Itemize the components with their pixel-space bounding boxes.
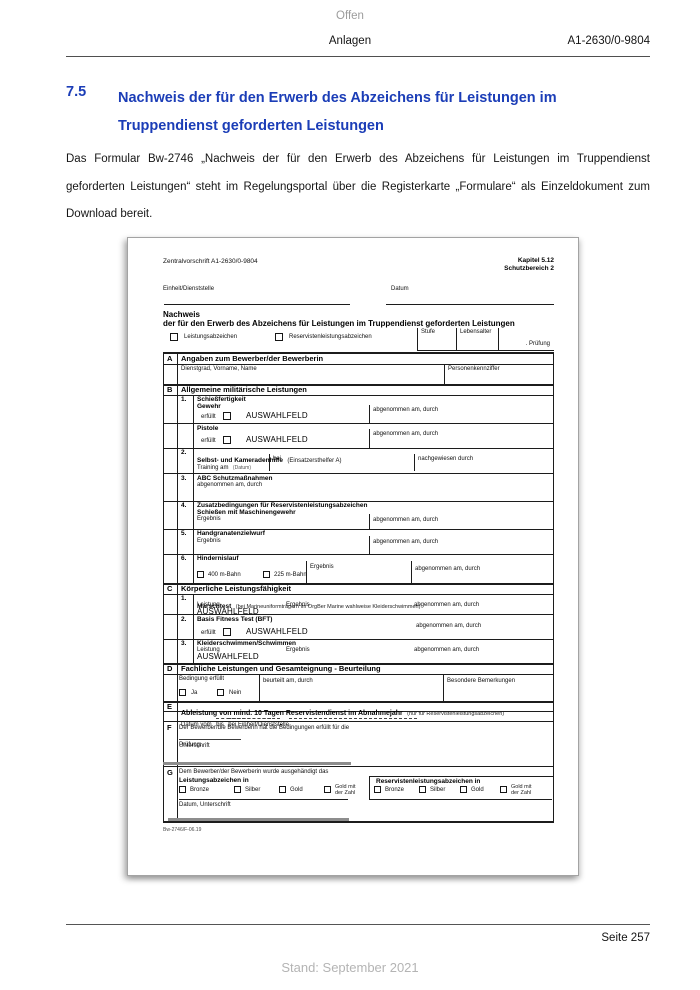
stufe-label: Stufe	[421, 329, 435, 335]
checkbox-res-gold	[460, 786, 467, 793]
row-b6-title: Hindernislauf	[197, 555, 239, 562]
f-text: Der Bewerber/die Bewerberin hat die Bedi…	[179, 725, 349, 731]
section-title-line2: Truppendienst geforderten Leistungen	[118, 118, 384, 134]
row-c2-number: 2.	[181, 616, 186, 623]
row-b3-title: ABC Schutzmaßnahmen	[197, 475, 272, 482]
beurteilt-label: beurteilt am, durch	[263, 678, 313, 684]
ergebnis-label: Ergebnis	[197, 538, 221, 544]
datum-label: Datum	[391, 286, 409, 292]
row-b1-title: Schießfertigkeit	[197, 396, 246, 403]
section-d-letter: D	[167, 664, 172, 673]
cell-divider	[369, 429, 370, 448]
erfuellt-label: erfüllt	[201, 630, 216, 636]
checkbox-erfuellt-gewehr	[223, 412, 231, 420]
checkbox-erfuellt-bft	[223, 628, 231, 636]
res-silber-label: Silber	[430, 787, 445, 793]
form-kapitel: Kapitel 5.12	[404, 257, 554, 264]
table-border-bottom	[163, 821, 554, 823]
erfuellt-label: erfüllt	[201, 438, 216, 444]
checkbox-leistungsabzeichen-label: Leistungsabzeichen	[184, 334, 237, 340]
form-schutzbereich: Schutzbereich 2	[404, 265, 554, 272]
auswahlfeld-bft: AUSWAHLFELD	[246, 627, 308, 636]
nachgewiesen-label: nachgewiesen durch	[418, 456, 473, 462]
cell-divider	[369, 536, 370, 554]
einheit-label: Einheit/Dienststelle	[163, 286, 214, 292]
number-column-line	[193, 594, 194, 663]
g-left-title: Leistungsabzeichen in	[179, 777, 249, 784]
ja-label: Ja	[191, 690, 197, 696]
section-f-letter: F	[167, 723, 172, 732]
section-title: Nachweis der für den Erwerb des Abzeiche…	[118, 84, 598, 140]
row-b4-title: Zusatzbedingungen für Reservistenleistun…	[197, 502, 367, 509]
stufe-box-line	[456, 328, 457, 351]
checkbox-erfuellt-pistole	[223, 436, 231, 444]
checkbox-reservistenleistungsabzeichen-label: Reservistenleistungsabzeichen	[289, 334, 372, 340]
document-page: Offen Anlagen A1-2630/0-9804 7.5 Nachwei…	[0, 0, 700, 990]
bemerkungen-label: Besondere Bemerkungen	[447, 678, 515, 684]
silber-label: Silber	[245, 787, 260, 793]
abgenommen-label: abgenommen am, durch	[197, 482, 262, 488]
abgenommen-label: abgenommen am, durch	[373, 407, 438, 413]
form-number-footnote: Bw-2746/F-06.19	[163, 827, 201, 833]
row-b1-number: 1.	[181, 396, 186, 403]
g-right-box-line	[369, 776, 370, 799]
cell-divider	[443, 674, 444, 701]
ergebnis-label: Ergebnis	[286, 602, 310, 608]
res-bronze-label: Bronze	[385, 787, 404, 793]
footer-rule	[66, 924, 650, 925]
row-c3-title: Kleiderschwimmen/Schwimmen	[197, 640, 296, 647]
form-title-1: Nachweis	[163, 310, 200, 319]
row-b5-title: Handgranatenzielwurf	[197, 530, 265, 537]
row-c2-title: Basis Fitness Test (BFT)	[197, 616, 272, 623]
ergebnis-label: Ergebnis	[286, 647, 310, 653]
row-b1-pistole: Pistole	[197, 425, 218, 432]
training-am-label: Training am (Datum)	[197, 456, 251, 474]
bronze-label: Bronze	[190, 787, 209, 793]
section-d-title: Fachliche Leistungen und Gesamteignung -…	[181, 664, 381, 673]
label-225m-bahn: 225 m-Bahn	[274, 572, 307, 578]
field-dienstgrad: Dienstgrad, Vorname, Name	[181, 366, 257, 372]
row-b3-number: 3.	[181, 475, 186, 482]
table-line	[163, 674, 554, 675]
g-inner-line	[179, 799, 348, 800]
row-c1-number: 1.	[181, 595, 186, 602]
scan-artifact-bar	[163, 762, 351, 765]
cell-divider	[259, 674, 260, 701]
cell-divider	[444, 364, 445, 384]
letter-column-line	[177, 354, 178, 821]
header-rule	[66, 56, 650, 57]
section-number: 7.5	[66, 84, 86, 100]
ergebnis-label: Ergebnis	[197, 516, 221, 522]
datum-line	[386, 304, 554, 305]
number-column-line	[193, 395, 194, 583]
stufe-box-line	[498, 328, 499, 351]
stand-date: Stand: September 2021	[0, 960, 700, 975]
checkbox-silber	[234, 786, 241, 793]
classification-marking: Offen	[0, 10, 700, 22]
row-b5-number: 5.	[181, 530, 186, 537]
checkbox-leistungsabzeichen	[170, 333, 178, 341]
section-b-letter: B	[167, 385, 172, 394]
section-title-line1: Nachweis der für den Erwerb des Abzeiche…	[118, 90, 557, 106]
section-a-title: Angaben zum Bewerber/der Bewerberin	[181, 354, 323, 363]
cell-divider	[411, 561, 412, 583]
pruefung-label: . Prüfung	[502, 341, 550, 347]
res-gold-zahl-label: Gold mit der Zahl	[511, 784, 538, 797]
res-gold-label: Gold	[471, 787, 484, 793]
unterschrift-label: Unterschrift	[179, 743, 210, 749]
row-b4-subtitle: Schießen mit Maschinengewehr	[197, 509, 296, 516]
einheit-blank	[289, 713, 417, 719]
abgenommen-label: abgenommen am, durch	[416, 623, 481, 629]
abgenommen-label: abgenommen am, durch	[415, 566, 480, 572]
abgenommen-label: abgenommen am, durch	[414, 602, 479, 608]
auswahlfeld-schwimmen: AUSWAHLFELD	[197, 652, 259, 661]
cell-divider	[369, 514, 370, 529]
gold-label: Gold	[290, 787, 303, 793]
table-line	[163, 364, 554, 365]
section-c-letter: C	[167, 584, 172, 593]
erfuellt-label: erfüllt	[201, 414, 216, 420]
einheit-line	[164, 304, 350, 305]
cell-divider	[414, 454, 415, 471]
body-paragraph: Das Formular Bw-2746 „Nachweis der für d…	[66, 146, 650, 229]
cell-divider	[369, 405, 370, 423]
auswahlfeld-pistole: AUSWAHLFELD	[246, 435, 308, 444]
section-g-letter: G	[167, 768, 173, 777]
checkbox-400m-bahn	[197, 571, 204, 578]
bei-label: bei	[273, 456, 281, 462]
checkbox-res-silber	[419, 786, 426, 793]
checkbox-nein	[217, 689, 224, 696]
page-number: Seite 257	[0, 932, 650, 944]
section-a-letter: A	[167, 354, 172, 363]
abgenommen-label: abgenommen am, durch	[414, 647, 479, 653]
table-line	[163, 766, 554, 767]
form-vorschrift: Zentralvorschrift A1-2630/0-9804	[163, 258, 258, 265]
label-400m-bahn: 400 m-Bahn	[208, 572, 241, 578]
bedingung-erfuellt-label: Bedingung erfüllt	[179, 676, 224, 682]
row-b6-number: 6.	[181, 555, 186, 562]
row-c3-number: 3.	[181, 640, 186, 647]
datum-unterschrift-label: Datum, Unterschrift	[179, 802, 231, 808]
gold-zahl-label: Gold mit der Zahl	[335, 784, 362, 797]
auswahlfeld-gewehr: AUSWAHLFELD	[246, 411, 308, 420]
table-line	[163, 423, 554, 424]
checkbox-gold-zahl	[324, 786, 331, 793]
checkbox-bronze	[179, 786, 186, 793]
checkbox-res-gold-zahl	[500, 786, 507, 793]
lebensalter-label: Lebensalter	[460, 329, 491, 335]
g-right-box-line	[369, 776, 553, 777]
auswahlfeld-marschtest: AUSWAHLFELD	[197, 607, 259, 616]
nein-label: Nein	[229, 690, 241, 696]
ergebnis-label: Ergebnis	[310, 564, 334, 570]
checkbox-225m-bahn	[263, 571, 270, 578]
section-c-title: Körperliche Leistungsfähigkeit	[181, 584, 291, 593]
date-to-blank	[228, 713, 280, 719]
checkbox-reservistenleistungsabzeichen	[275, 333, 283, 341]
checkbox-gold	[279, 786, 286, 793]
pruefung-blank	[179, 733, 241, 740]
g-inner-line	[369, 799, 552, 800]
scan-artifact-bar	[168, 818, 349, 821]
field-personenkennziffer: Personenkennziffer	[448, 366, 500, 372]
row-b2-number: 2.	[181, 449, 186, 456]
abgenommen-label: abgenommen am, durch	[373, 517, 438, 523]
checkbox-ja	[179, 689, 186, 696]
abgenommen-label: abgenommen am, durch	[373, 431, 438, 437]
checkbox-res-bronze	[374, 786, 381, 793]
section-b-title: Allgemeine militärische Leistungen	[181, 385, 307, 394]
stufe-box-line	[417, 328, 418, 351]
embedded-form-image: Zentralvorschrift A1-2630/0-9804 Kapitel…	[127, 237, 579, 876]
form-title-2: der für den Erwerb des Abzeichens für Le…	[163, 319, 515, 328]
g-right-title: Reservistenleistungsabzeichen in	[376, 778, 480, 785]
row-b1-gewehr: Gewehr	[197, 403, 221, 410]
row-b4-number: 4.	[181, 502, 186, 509]
abgenommen-label: abgenommen am, durch	[373, 539, 438, 545]
g-text: Dem Bewerber/der Bewerberin wurde ausgeh…	[179, 769, 328, 775]
header-doc-number: A1-2630/0-9804	[0, 35, 650, 47]
section-e-letter: E	[167, 702, 172, 711]
stufe-box-line	[417, 350, 554, 351]
